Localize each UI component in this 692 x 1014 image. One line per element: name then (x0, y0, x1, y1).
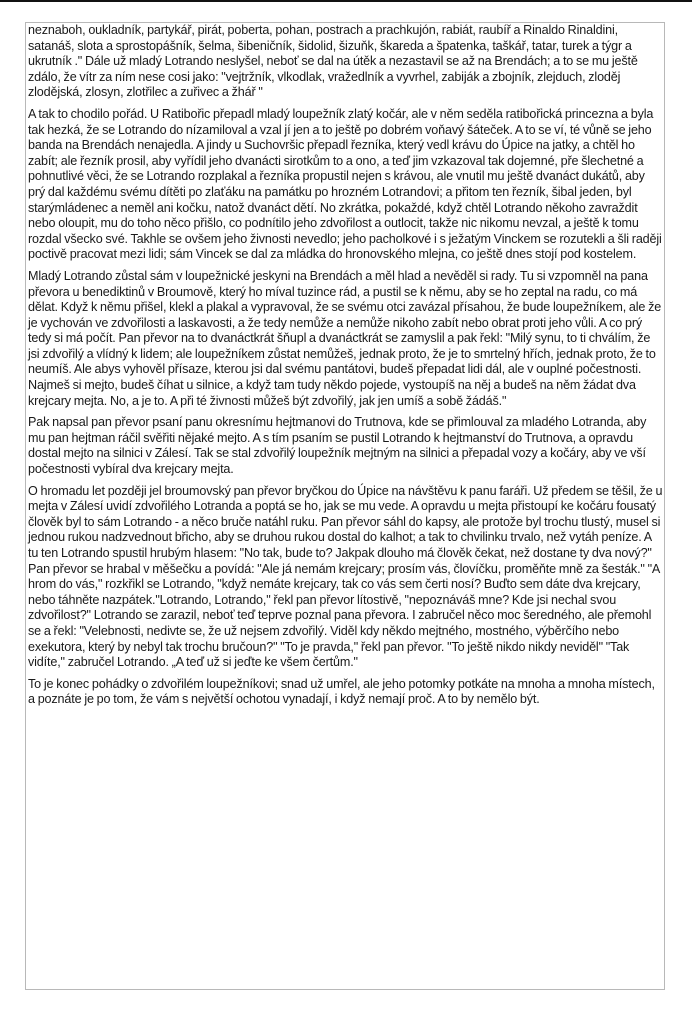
paragraph: neznaboh, oukladník, partykář, pirát, po… (28, 23, 663, 101)
top-border (0, 0, 692, 2)
document-body: neznaboh, oukladník, partykář, pirát, po… (28, 23, 663, 708)
paragraph: A tak to chodilo pořád. U Ratibořic přep… (28, 107, 663, 263)
paragraph: Mladý Lotrando zůstal sám v loupežnické … (28, 269, 663, 409)
paragraph: To je konec pohádky o zdvořilém loupežní… (28, 677, 663, 708)
paragraph: O hromadu let později jel broumovský pan… (28, 484, 663, 671)
paragraph: Pak napsal pan převor psaní panu okresní… (28, 415, 663, 477)
document-page: neznaboh, oukladník, partykář, pirát, po… (25, 22, 665, 990)
